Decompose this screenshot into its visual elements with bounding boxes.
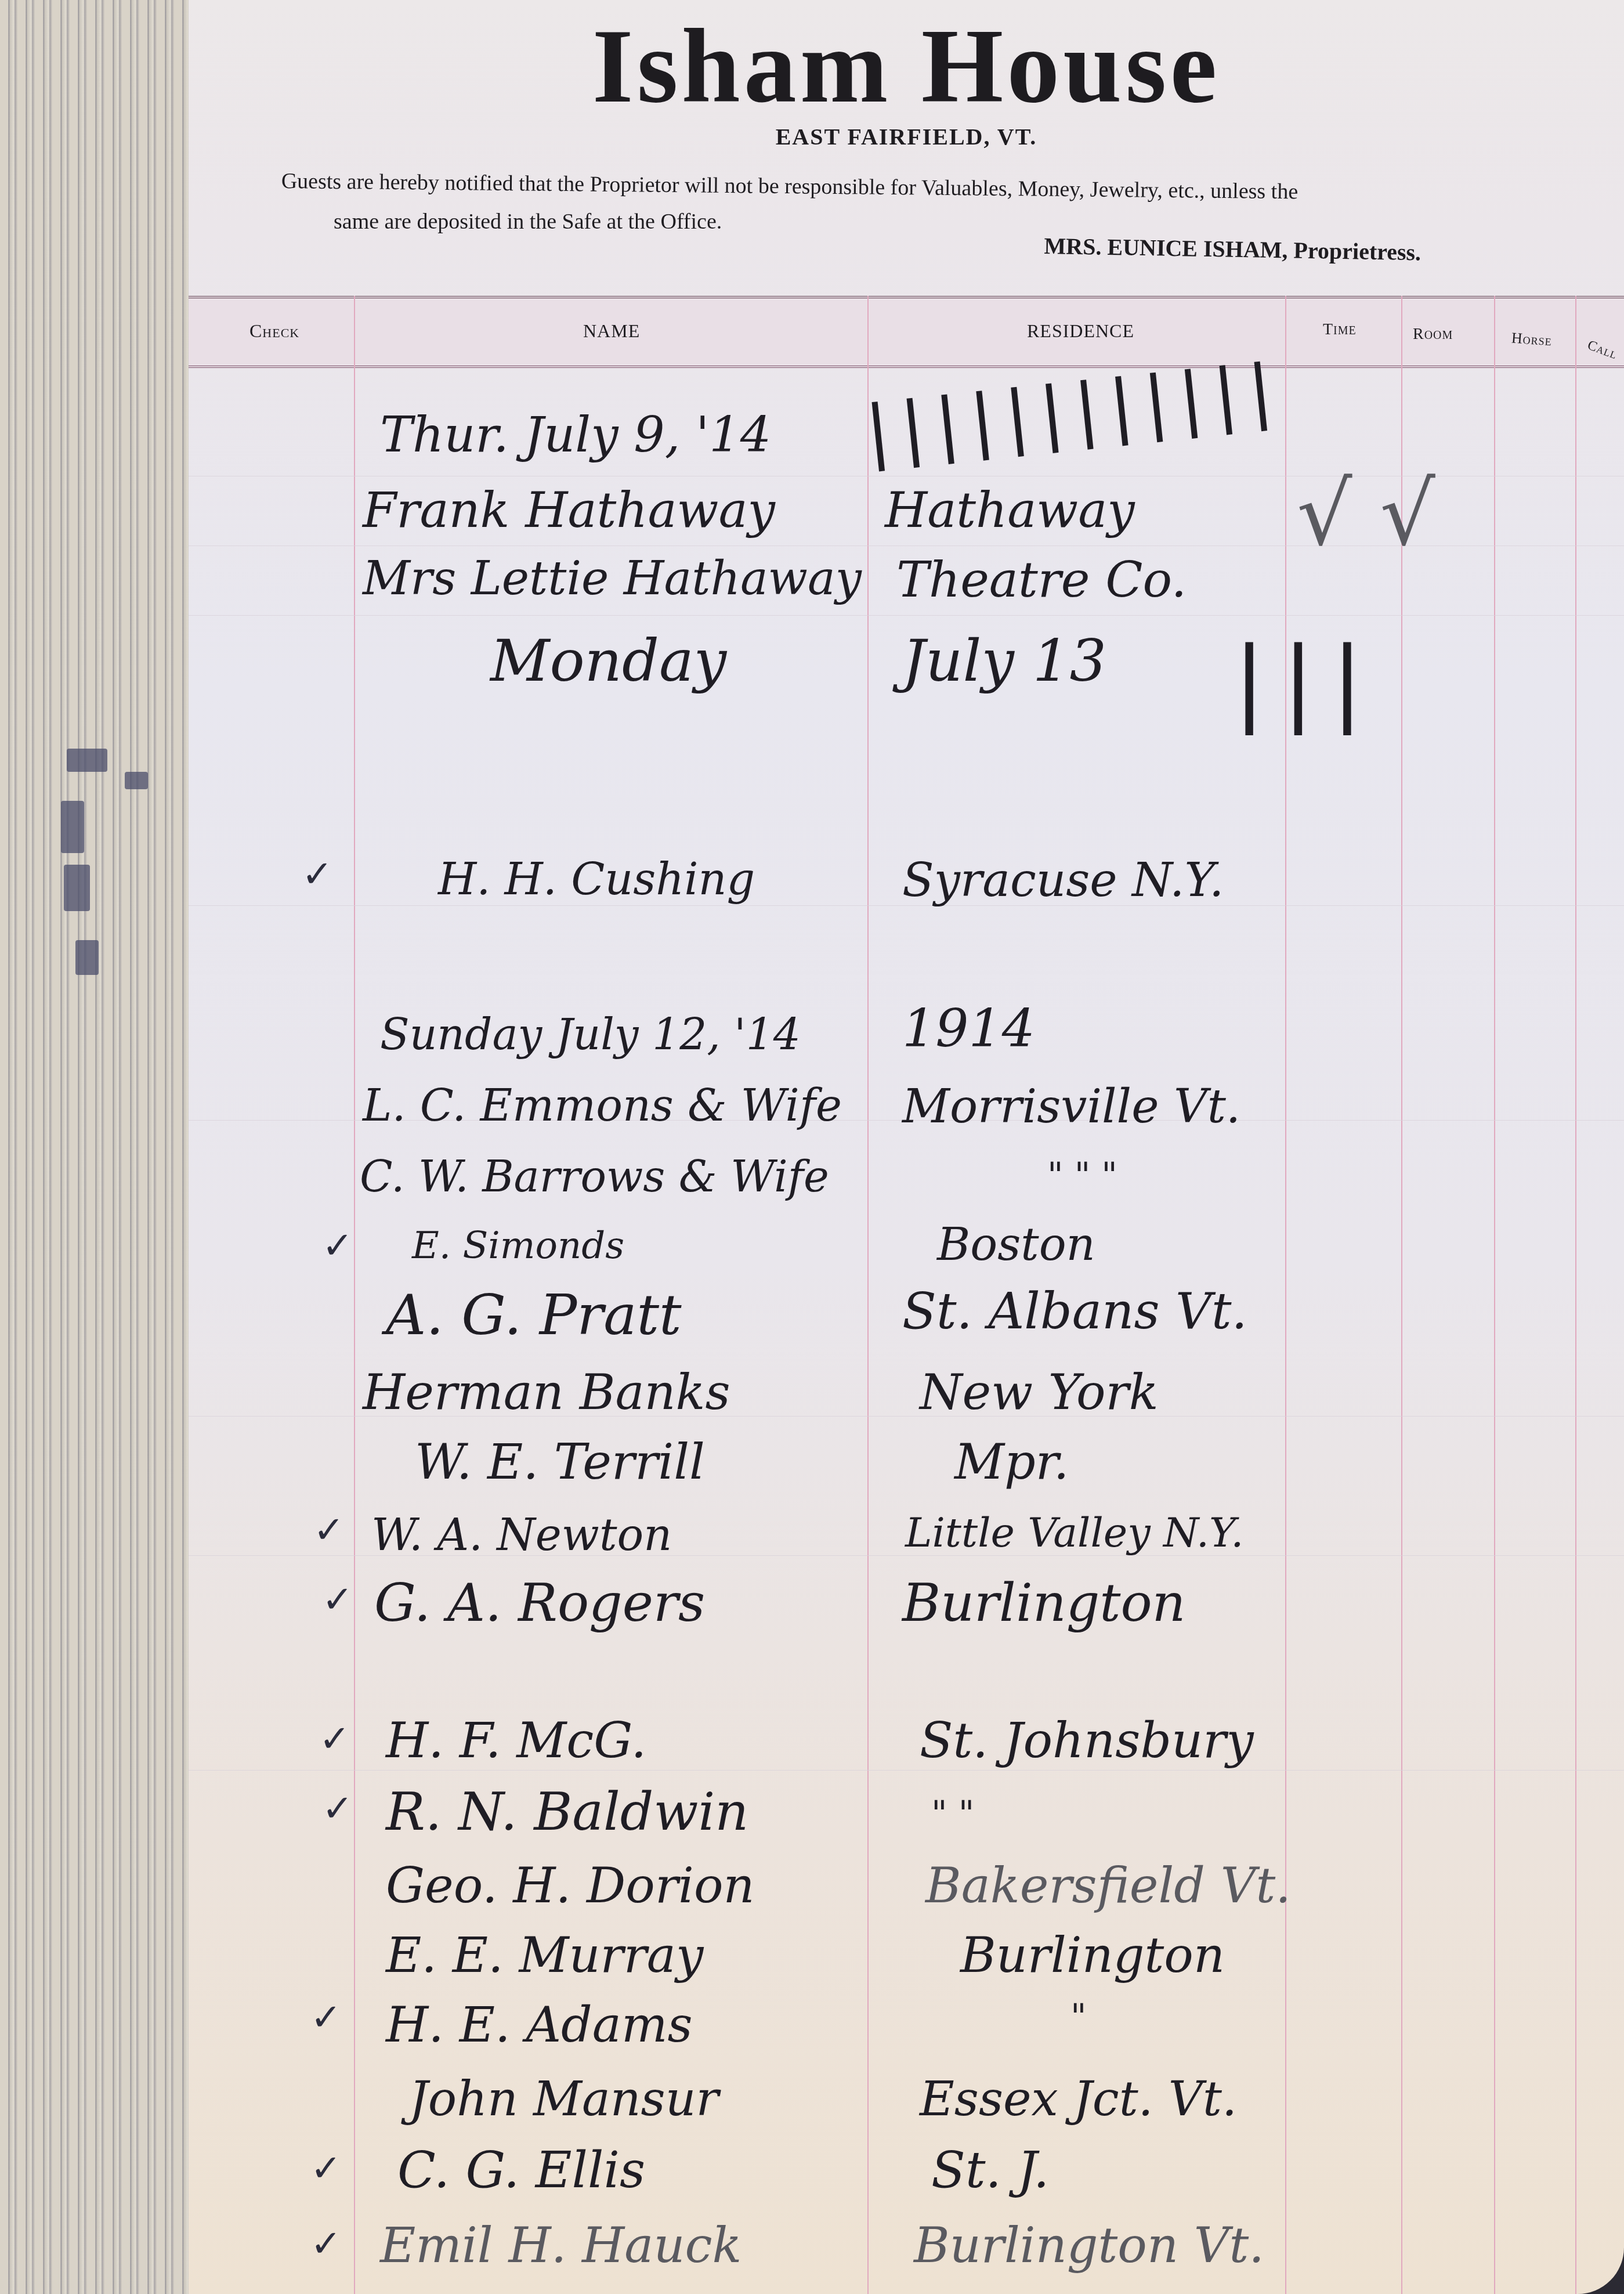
check-mark: ✓ — [302, 853, 333, 896]
entry-residence: Morrisville Vt. — [902, 1079, 1240, 1133]
register-page: Isham House EAST FAIRFIELD, VT. Guests a… — [189, 0, 1624, 2294]
entry-name: W. E. Terrill — [415, 1433, 705, 1490]
entry-name: H. E. Adams — [386, 1996, 693, 2053]
entry-date: Sunday July 12, '14 — [380, 1010, 801, 1060]
entry-residence: Burlington — [960, 1927, 1225, 1984]
entry-residence: " " " — [1047, 1155, 1117, 1195]
entry-residence: New York — [920, 1364, 1159, 1421]
pencil-check-marks: √ √ — [1297, 464, 1435, 565]
entry-name: Emil H. Hauck — [380, 2217, 742, 2274]
ruled-line — [189, 615, 1624, 616]
entry-residence: Theatre Co. — [896, 551, 1187, 608]
proprietress-line: MRS. EUNICE ISHAM, Proprietress. — [1044, 232, 1421, 266]
entry-name: A. G. Pratt — [386, 1283, 682, 1348]
entry-name: Mrs Lettie Hathaway — [363, 551, 862, 605]
page-title: Isham House — [189, 6, 1624, 127]
entry-name: E. Simonds — [412, 1224, 624, 1267]
column-header-room: Room — [1413, 325, 1453, 344]
ruled-line — [189, 1770, 1624, 1771]
entry-residence: Syracuse N.Y. — [902, 853, 1224, 907]
entry-residence: Hathaway — [885, 482, 1135, 539]
entry-date: July 13 — [902, 627, 1106, 695]
entry-residence: Bakersfield Vt. — [925, 1857, 1291, 1914]
entry-name: E. E. Murray — [386, 1927, 703, 1984]
column-divider — [1575, 296, 1576, 2294]
entry-name: John Mansur — [409, 2072, 719, 2127]
notice-text-line-1: Guests are hereby notified that the Prop… — [281, 168, 1299, 204]
entry-residence: Burlington — [902, 1573, 1186, 1634]
column-divider — [1494, 296, 1495, 2294]
check-mark: ✓ — [319, 1718, 350, 1761]
entry-name: Herman Banks — [363, 1364, 730, 1421]
ink-stain — [75, 940, 99, 975]
page-edges — [0, 0, 191, 2294]
entry-name: H. H. Cushing — [438, 853, 755, 905]
entry-residence: " — [1070, 1996, 1087, 2037]
entry-residence: Essex Jct. Vt. — [920, 2072, 1237, 2127]
check-mark: ✓ — [313, 1509, 345, 1552]
column-divider — [867, 296, 869, 2294]
tally-marks: ||| — [1221, 627, 1368, 735]
tally-marks: |||||||||||| — [853, 350, 1279, 474]
location-line: EAST FAIRFIELD, VT. — [189, 123, 1624, 150]
entry-name: C. W. Barrows & Wife — [360, 1152, 829, 1202]
check-mark: ✓ — [322, 1787, 353, 1830]
notice-text-line-2: same are deposited in the Safe at the Of… — [334, 209, 722, 234]
entry-name: C. G. Ellis — [397, 2141, 645, 2199]
entry-name: L. C. Emmons & Wife — [363, 1079, 842, 1131]
entry-name: G. A. Rogers — [374, 1573, 705, 1634]
entry-residence: Burlington Vt. — [914, 2217, 1264, 2274]
entry-name: R. N. Baldwin — [386, 1782, 748, 1843]
entry-residence: St. Johnsbury — [920, 1712, 1254, 1769]
entry-date: Thur. July 9, '14 — [380, 406, 771, 463]
entry-name: H. F. McG. — [386, 1712, 646, 1769]
entry-residence: St. J. — [931, 2141, 1049, 2199]
column-divider — [354, 296, 355, 2294]
column-header-time: Time — [1323, 320, 1357, 339]
ink-stain — [67, 749, 107, 772]
column-header-check: Check — [249, 320, 299, 342]
entry-date: Monday — [490, 627, 726, 695]
entry-name: Frank Hathaway — [363, 482, 775, 539]
entry-residence: " " — [931, 1793, 974, 1834]
entry-date: 1914 — [902, 998, 1035, 1059]
entry-residence: Boston — [937, 1219, 1095, 1271]
check-mark: ✓ — [322, 1224, 353, 1267]
check-mark: ✓ — [322, 1578, 353, 1621]
ink-stain — [64, 865, 90, 911]
check-mark: ✓ — [310, 1996, 342, 2039]
entry-name: W. A. Newton — [371, 1509, 672, 1560]
column-header-band — [189, 296, 1624, 368]
entry-name: Geo. H. Dorion — [386, 1857, 755, 1914]
column-header-residence: RESIDENCE — [1027, 320, 1134, 342]
ink-stain — [125, 772, 148, 789]
ink-stain — [61, 801, 84, 853]
entry-residence: Mpr. — [954, 1433, 1069, 1490]
column-header-horse: Horse — [1511, 330, 1553, 350]
check-mark: ✓ — [310, 2223, 342, 2266]
column-divider — [1285, 296, 1286, 2294]
column-divider — [1401, 296, 1402, 2294]
entry-residence: St. Albans Vt. — [902, 1283, 1247, 1341]
column-header-name: NAME — [583, 320, 640, 342]
check-mark: ✓ — [310, 2147, 342, 2190]
entry-residence: Little Valley N.Y. — [905, 1509, 1244, 1556]
